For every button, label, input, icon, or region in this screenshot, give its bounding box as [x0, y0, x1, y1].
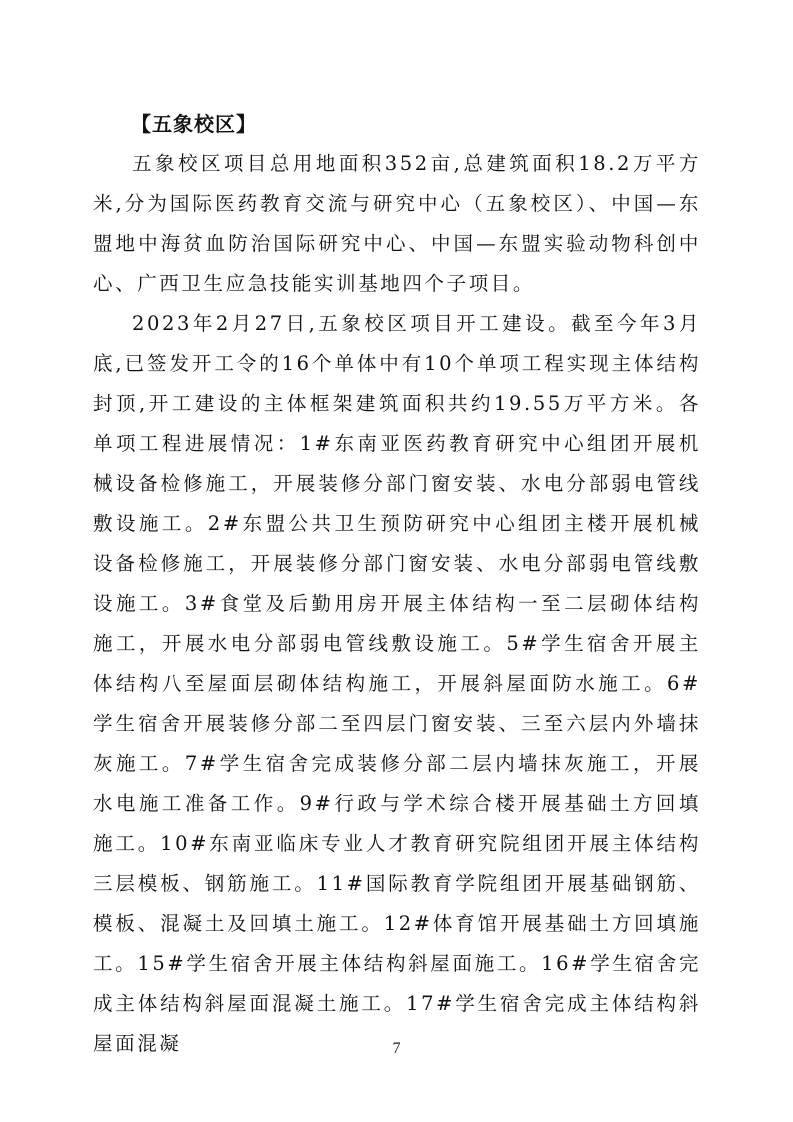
paragraph-progress: 2023年2月27日,五象校区项目开工建设。截至今年3月底,已签发开工令的16个…: [93, 304, 701, 1064]
section-heading: 【五象校区】: [93, 104, 701, 144]
page-content: 【五象校区】 五象校区项目总用地面积352亩,总建筑面积18.2万平方米,分为国…: [93, 104, 701, 1064]
page-number: 7: [0, 1040, 793, 1058]
paragraph-overview: 五象校区项目总用地面积352亩,总建筑面积18.2万平方米,分为国际医药教育交流…: [93, 144, 701, 304]
document-page: 【五象校区】 五象校区项目总用地面积352亩,总建筑面积18.2万平方米,分为国…: [0, 0, 793, 1122]
